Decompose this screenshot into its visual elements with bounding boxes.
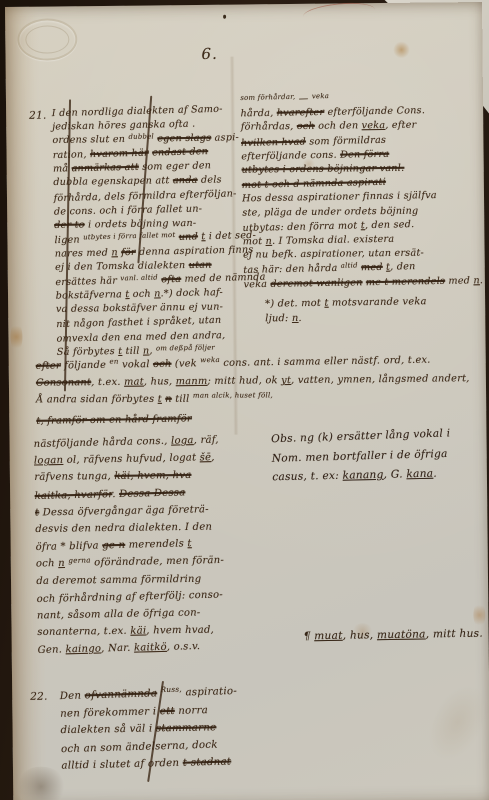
handwritten-line: ¶ muat, hus, muatöna, mitt hus. [304, 628, 484, 643]
paragraph-22-number: 22. [30, 691, 48, 703]
manuscript-page: 6. 21. I den nordliga dialekten af Samo-… [5, 2, 489, 800]
handwritten-line: ljud: n. [265, 310, 427, 327]
photo-background: { "meta": { "folio_number": "37", "page_… [0, 0, 489, 800]
rust-stain [393, 41, 409, 59]
paragraph-21-continuation: nästföljande hårda cons., loga, räf,loga… [34, 432, 226, 659]
right-column-revision: som förhårdar, — vekahårda, hvarefter ef… [240, 89, 483, 292]
marginal-note-muat: ¶ muat, hus, muatöna, mitt hus. [304, 628, 483, 642]
paragraph-21-number: 21. [29, 110, 47, 122]
faint-streak-stain [417, 675, 489, 769]
red-pencil-arc [302, 0, 376, 26]
interlinear-example-block: efter följande en vokal och (vek weka co… [36, 352, 470, 429]
page-number: 6. [201, 45, 218, 63]
paragraph-21: I den nordliga dialekten af Samo-jediska… [52, 102, 268, 360]
embossed-stamp-inner-ring [25, 25, 69, 53]
handwritten-line: casus, t. ex: kanang, G. kana. [272, 464, 452, 487]
embossed-stamp [17, 18, 77, 61]
ink-speck [223, 15, 226, 19]
rust-stain [473, 602, 485, 628]
marginal-note-obs: Obs. ng (k) ersätter lång vokal iNom. me… [271, 425, 452, 488]
handwritten-line: *) det. mot t motsvarande veka [265, 294, 427, 312]
right-column-footnote: *) det. mot t motsvarande vekaljud: n. [265, 295, 427, 327]
handwritten-line: Gen. kaingo, Nar. kaitkö, o.s.v. [37, 638, 225, 660]
